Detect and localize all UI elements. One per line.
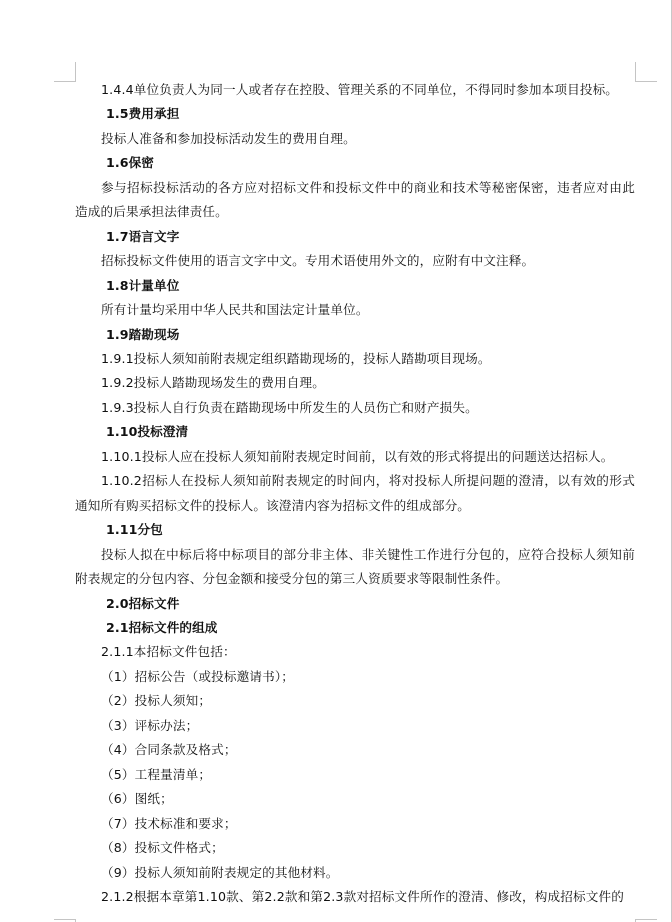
list-item-2: （2）投标人须知；	[75, 689, 635, 713]
paragraph-1-10-1: 1.10.1投标人应在投标人须知前附表规定时间前，以有效的形式将提出的问题送达招…	[75, 445, 635, 469]
paragraph-1-4-4: 1.4.4单位负责人为同一人或者存在控股、管理关系的不同单位，不得同时参加本项目…	[75, 78, 635, 102]
paragraph-1-9-1: 1.9.1投标人须知前附表规定组织踏勘现场的，投标人踏勘项目现场。	[75, 347, 635, 371]
paragraph-units: 所有计量均采用中华人民共和国法定计量单位。	[75, 298, 635, 322]
paragraph-subcontracting: 投标人拟在中标后将中标项目的部分非主体、非关键性工作进行分包的，应符合投标人须知…	[75, 543, 635, 592]
crop-mark-bottom-left-horizontal	[54, 919, 76, 920]
crop-mark-bottom-right-horizontal	[635, 919, 657, 920]
heading-1-5: 1.5费用承担	[75, 102, 635, 126]
heading-2-0: 2.0招标文件	[75, 592, 635, 616]
heading-1-10: 1.10投标澄清	[75, 420, 635, 444]
paragraph-2-1-1: 2.1.1本招标文件包括：	[75, 640, 635, 664]
list-item-8: （8）投标文件格式；	[75, 836, 635, 860]
heading-2-1: 2.1招标文件的组成	[75, 616, 635, 640]
list-item-3: （3）评标办法；	[75, 714, 635, 738]
paragraph-1-9-3: 1.9.3投标人自行负责在踏勘现场中所发生的人员伤亡和财产损失。	[75, 396, 635, 420]
list-item-5: （5）工程量清单；	[75, 763, 635, 787]
list-item-4: （4）合同条款及格式；	[75, 738, 635, 762]
paragraph-2-1-2: 2.1.2根据本章第1.10款、第2.2款和第2.3款对招标文件所作的澄清、修改…	[75, 885, 635, 909]
list-item-1: （1）招标公告（或投标邀请书）；	[75, 665, 635, 689]
paragraph-confidentiality: 参与招标投标活动的各方应对招标文件和投标文件中的商业和技术等秘密保密，违者应对由…	[75, 176, 635, 225]
document-body: 1.4.4单位负责人为同一人或者存在控股、管理关系的不同单位，不得同时参加本项目…	[75, 78, 635, 909]
heading-1-9: 1.9踏勘现场	[75, 323, 635, 347]
heading-1-11: 1.11分包	[75, 518, 635, 542]
list-item-6: （6）图纸；	[75, 787, 635, 811]
heading-1-8: 1.8计量单位	[75, 274, 635, 298]
paragraph-1-10-2: 1.10.2招标人在投标人须知前附表规定的时间内，将对投标人所提问题的澄清，以有…	[75, 469, 635, 518]
list-item-7: （7）技术标准和要求；	[75, 812, 635, 836]
list-item-9: （9）投标人须知前附表规定的其他材料。	[75, 861, 635, 885]
crop-mark-top-right-horizontal	[635, 81, 657, 82]
crop-mark-top-left-horizontal	[54, 81, 76, 82]
crop-mark-top-right-vertical	[635, 62, 636, 82]
paragraph-1-9-2: 1.9.2投标人踏勘现场发生的费用自理。	[75, 371, 635, 395]
paragraph-language: 招标投标文件使用的语言文字中文。专用术语使用外文的，应附有中文注释。	[75, 249, 635, 273]
heading-1-7: 1.7语言文字	[75, 225, 635, 249]
paragraph-cost: 投标人准备和参加投标活动发生的费用自理。	[75, 127, 635, 151]
heading-1-6: 1.6保密	[75, 151, 635, 175]
